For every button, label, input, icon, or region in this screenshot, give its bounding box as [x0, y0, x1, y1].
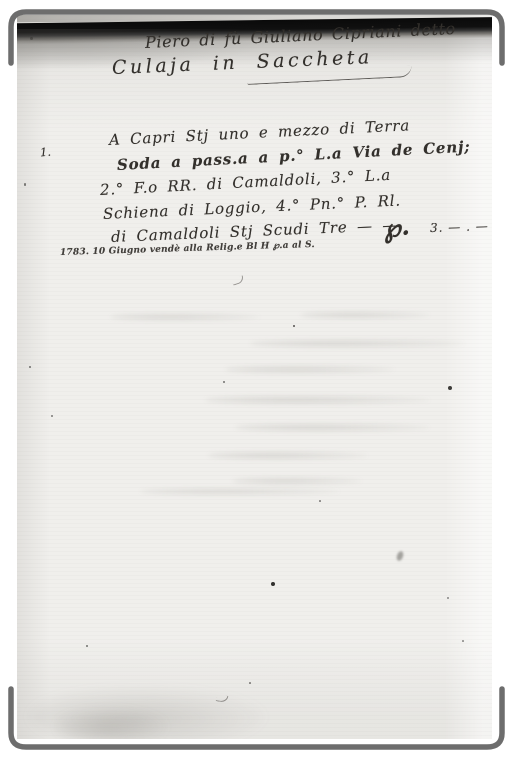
scanned-page: Piero di fù Giuliano Cipriani detto Cula… [17, 15, 492, 739]
smudge [110, 313, 260, 321]
smudge [232, 477, 362, 485]
currency-symbol: ℘. [381, 211, 411, 244]
ink-speck [29, 366, 31, 368]
smudge [225, 365, 395, 374]
entry-number: 1. [40, 145, 52, 160]
smudge [300, 311, 430, 319]
ink-speck [447, 597, 449, 599]
ink-speck [51, 415, 53, 417]
ink-speck [223, 381, 225, 383]
smudge [235, 423, 430, 432]
pen-mark [231, 275, 245, 285]
entry-amount: 3. — . — [430, 219, 492, 235]
ink-speck [30, 37, 33, 40]
smudge-cloud [57, 709, 167, 739]
ink-speck [293, 325, 295, 327]
smudge [250, 339, 465, 348]
smudge [140, 488, 340, 495]
ink-speck [24, 183, 26, 186]
ink-speck [319, 500, 321, 502]
ink-speck [249, 682, 251, 684]
ink-speck [462, 640, 464, 642]
smudge [208, 451, 368, 460]
ink-speck [86, 645, 88, 647]
smudge [205, 395, 430, 405]
gray-blot [395, 550, 404, 561]
manuscript-viewer: Piero di fù Giuliano Cipriani detto Cula… [0, 0, 513, 760]
ink-speck [448, 386, 452, 390]
ink-speck [271, 582, 275, 586]
